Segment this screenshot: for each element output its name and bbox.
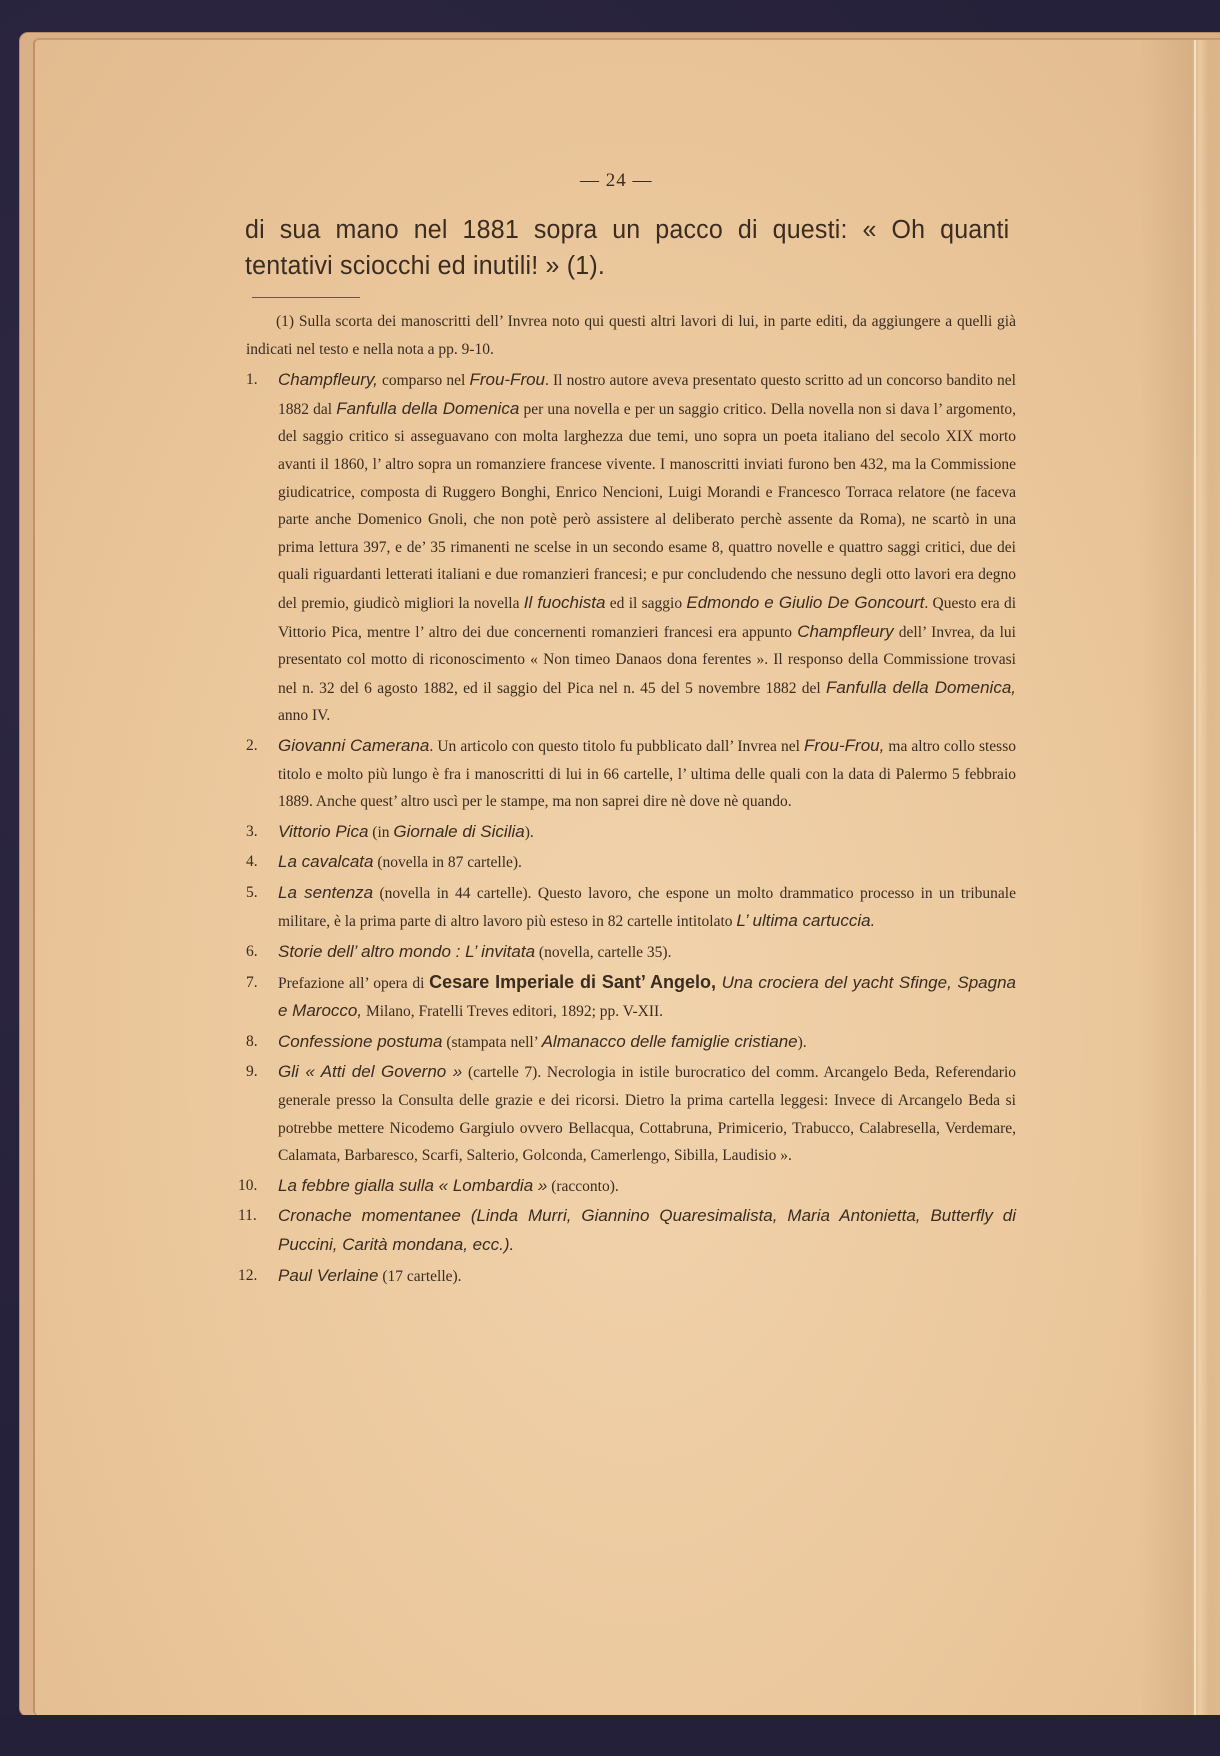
item-text: (novella in 87 cartelle). bbox=[373, 854, 521, 871]
item-title: La febbre gialla sulla « Lombardia » bbox=[278, 1176, 547, 1195]
footnote-rule bbox=[252, 297, 360, 298]
page-content: — 24 — di sua mano nel 1881 sopra un pac… bbox=[0, 0, 1220, 1756]
item-number: 5. bbox=[246, 879, 258, 907]
item-text: (novella in 44 cartelle). Questo lavoro,… bbox=[278, 885, 1016, 931]
item-title: Champfleury, bbox=[278, 370, 378, 389]
item-number: 11. bbox=[238, 1202, 257, 1230]
item-author: Cesare Imperiale di Sant’ Angelo, bbox=[429, 972, 716, 992]
item-number: 6. bbox=[246, 938, 258, 966]
item-title: Giovanni Camerana bbox=[278, 736, 429, 755]
body-paragraph: di sua mano nel 1881 sopra un pacco di q… bbox=[245, 212, 1009, 284]
footnote-item-6: 6.Storie dell’ altro mondo : L’ invitata… bbox=[246, 938, 1016, 967]
item-italic: L’ ultima cartuccia. bbox=[736, 911, 875, 930]
item-text: ed il saggio bbox=[605, 595, 686, 612]
item-text: (stampata nell’ bbox=[442, 1034, 541, 1051]
item-number: 9. bbox=[246, 1058, 258, 1086]
item-title: Gli « Atti del Governo » bbox=[278, 1062, 462, 1081]
item-text: ). bbox=[798, 1034, 807, 1051]
item-title: Cronache momentanee (Linda Murri, Gianni… bbox=[278, 1206, 1016, 1254]
item-text: ). bbox=[525, 824, 534, 841]
item-italic: Fanfulla della Domenica, bbox=[826, 678, 1016, 697]
item-italic: Champfleury bbox=[797, 622, 893, 641]
footnote-item-3: 3.Vittorio Pica (in Giornale di Sicilia)… bbox=[246, 818, 1016, 847]
item-italic: Giornale di Sicilia bbox=[393, 822, 524, 841]
item-text: anno IV. bbox=[278, 707, 330, 724]
item-italic: Frou-Frou, bbox=[804, 736, 884, 755]
item-number: 8. bbox=[246, 1028, 258, 1056]
footnote-item-12: 12.Paul Verlaine (17 cartelle). bbox=[238, 1262, 1016, 1291]
item-number: 7. bbox=[246, 969, 258, 997]
item-title: Storie dell’ altro mondo : L’ invitata bbox=[278, 942, 535, 961]
item-number: 10. bbox=[238, 1172, 257, 1200]
item-text: . Un articolo con questo titolo fu pubbl… bbox=[429, 738, 804, 755]
footnote-intro: (1) Sulla scorta dei manoscritti dell’ I… bbox=[246, 308, 1016, 363]
item-italic: Fanfulla della Domenica bbox=[336, 399, 519, 418]
footnote-item-10: 10.La febbre gialla sulla « Lombardia » … bbox=[238, 1172, 1016, 1201]
item-italic: Il fuochista bbox=[524, 593, 606, 612]
item-number: 2. bbox=[246, 732, 258, 760]
item-text: comparso nel bbox=[378, 372, 470, 389]
item-title: Vittorio Pica bbox=[278, 822, 368, 841]
footnote-item-9: 9.Gli « Atti del Governo » (cartelle 7).… bbox=[246, 1058, 1016, 1169]
footnote-block: (1) Sulla scorta dei manoscritti dell’ I… bbox=[246, 308, 1016, 1292]
item-title: La sentenza bbox=[278, 883, 373, 902]
item-text: per una novella e per un saggio critico.… bbox=[278, 401, 1016, 612]
item-text: (in bbox=[368, 824, 393, 841]
item-text: Milano, Fratelli Treves editori, 1892; p… bbox=[362, 1003, 663, 1020]
item-title: Paul Verlaine bbox=[278, 1266, 379, 1285]
footnote-item-11: 11.Cronache momentanee (Linda Murri, Gia… bbox=[238, 1202, 1016, 1259]
footnote-item-7: 7.Prefazione all’ opera di Cesare Imperi… bbox=[246, 969, 1016, 1026]
item-italic: Frou-Frou bbox=[469, 370, 545, 389]
footnote-item-1: 1.Champfleury, comparso nel Frou-Frou. I… bbox=[246, 366, 1016, 730]
item-text: Prefazione all’ opera di bbox=[278, 975, 429, 992]
footnote-item-4: 4.La cavalcata (novella in 87 cartelle). bbox=[246, 848, 1016, 877]
item-text: (racconto). bbox=[547, 1178, 618, 1195]
item-title: Confessione postuma bbox=[278, 1032, 442, 1051]
item-italic: Almanacco delle famiglie cristiane bbox=[542, 1032, 798, 1051]
footnote-item-5: 5.La sentenza (novella in 44 cartelle). … bbox=[246, 879, 1016, 936]
item-text: (17 cartelle). bbox=[379, 1268, 462, 1285]
item-number: 12. bbox=[238, 1262, 257, 1290]
item-number: 3. bbox=[246, 818, 258, 846]
item-italic: Edmondo e Giulio De Goncourt bbox=[686, 593, 924, 612]
item-title: La cavalcata bbox=[278, 852, 373, 871]
page-number: — 24 — bbox=[580, 170, 660, 192]
item-number: 1. bbox=[246, 366, 258, 394]
item-text: (novella, cartelle 35). bbox=[535, 944, 671, 961]
footnote-item-2: 2.Giovanni Camerana. Un articolo con que… bbox=[246, 732, 1016, 816]
item-number: 4. bbox=[246, 848, 258, 876]
footnote-item-8: 8.Confessione postuma (stampata nell’ Al… bbox=[246, 1028, 1016, 1057]
